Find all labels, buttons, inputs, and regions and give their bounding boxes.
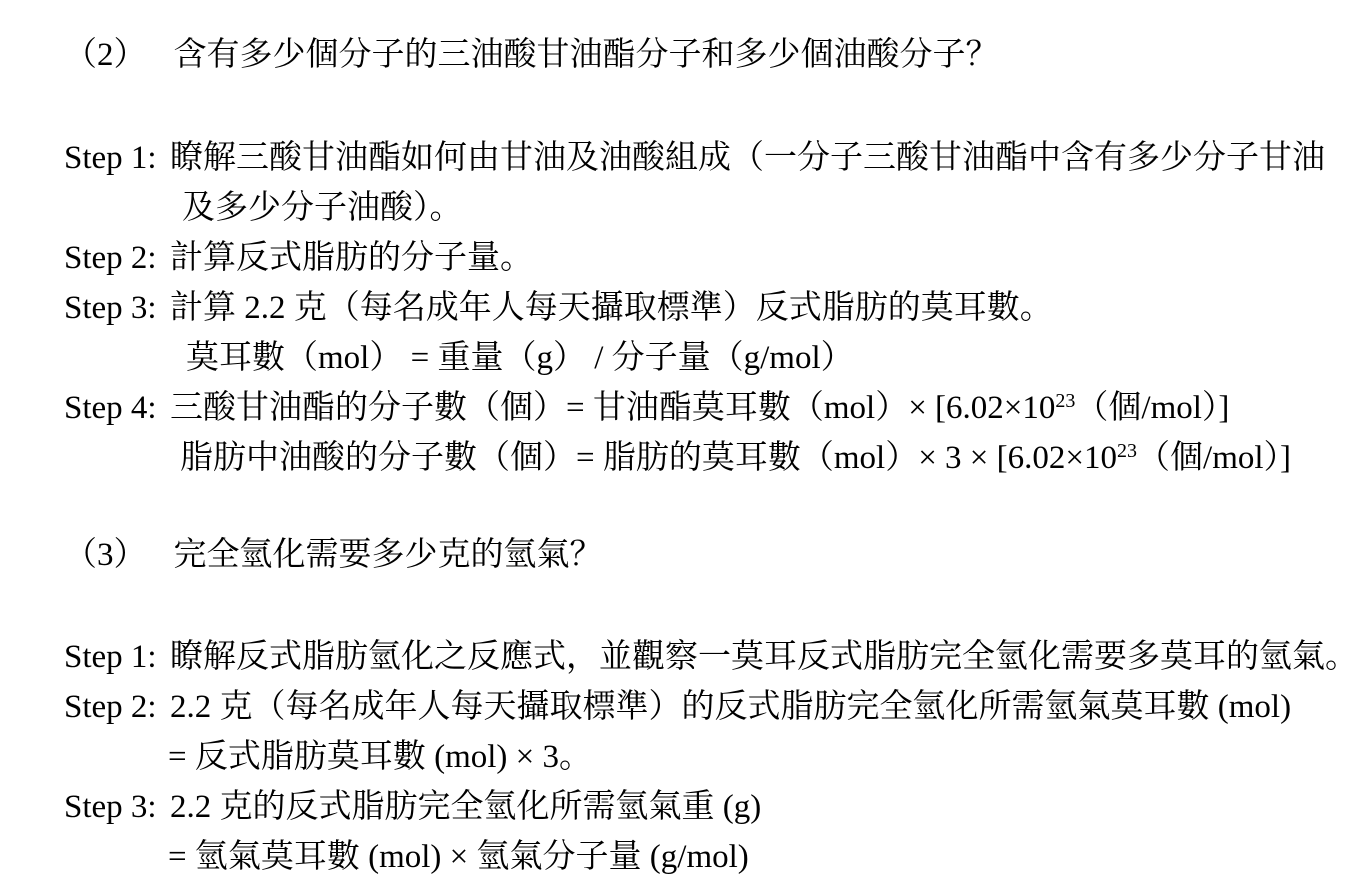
q2-step2-line: Step 2:計算反式脂肪的分子量。: [64, 233, 1365, 283]
q2-step1-continuation: 及多少分子油酸）。: [64, 183, 1365, 233]
q3-step1-text: 瞭解反式脂肪氫化之反應式，並觀察一莫耳反式脂肪完全氫化需要多莫耳的氫氣。: [170, 639, 1358, 675]
q2-step4-label: Step 4:: [64, 383, 170, 433]
question-2-number: （2）: [64, 37, 147, 73]
q3-step1-label: Step 1:: [64, 632, 170, 682]
q3-step3-cont-text: = 氫氣莫耳數 (mol) × 氫氣分子量 (g/mol): [168, 839, 749, 875]
q3-step3-continuation: = 氫氣莫耳數 (mol) × 氫氣分子量 (g/mol): [64, 832, 1365, 879]
q2-step4b-formula-pre: 脂肪中油酸的分子數（個）= 脂肪的莫耳數（mol）× 3 × [6.02×10: [180, 440, 1117, 476]
q2-step3-formula: 莫耳數（mol） = 重量（g） / 分子量（g/mol）: [186, 340, 854, 376]
q2-step1-label: Step 1:: [64, 133, 170, 183]
q2-step4-exponent: 23: [1055, 390, 1075, 412]
q2-step3-formula-line: 莫耳數（mol） = 重量（g） / 分子量（g/mol）: [64, 333, 1365, 383]
q3-step2-continuation: = 反式脂肪莫耳數 (mol) × 3。: [64, 732, 1365, 782]
q2-step1-cont-text: 及多少分子油酸）。: [182, 190, 463, 226]
q2-step2-text: 計算反式脂肪的分子量。: [170, 240, 533, 276]
q2-step4b-formula-post: （個/mol）]: [1137, 440, 1291, 476]
question-2-title: 含有多少個分子的三油酸甘油酯分子和多少個油酸分子？: [174, 37, 999, 73]
q2-step4-line: Step 4:三酸甘油酯的分子數（個）= 甘油酯莫耳數（mol）× [6.02×…: [64, 383, 1365, 433]
question-3-title: 完全氫化需要多少克的氫氣？: [174, 537, 603, 573]
q2-step4-continuation: 脂肪中油酸的分子數（個）= 脂肪的莫耳數（mol）× 3 × [6.02×102…: [64, 433, 1365, 483]
q3-step2-text: 2.2 克（每名成年人每天攝取標準）的反式脂肪完全氫化所需氫氣莫耳數 (mol): [170, 689, 1291, 725]
q3-step3-text: 2.2 克的反式脂肪完全氫化所需氫氣重 (g): [170, 789, 761, 825]
q3-step2-label: Step 2:: [64, 682, 170, 732]
q2-step3-text: 計算 2.2 克（每名成年人每天攝取標準）反式脂肪的莫耳數。: [170, 290, 1053, 326]
q2-step4-formula-pre: 三酸甘油酯的分子數（個）= 甘油酯莫耳數（mol）× [6.02×10: [170, 390, 1055, 426]
q2-step3-label: Step 3:: [64, 283, 170, 333]
q2-step4b-exponent: 23: [1117, 440, 1137, 462]
document-page: （2）含有多少個分子的三油酸甘油酯分子和多少個油酸分子？ Step 1:瞭解三酸…: [0, 0, 1371, 879]
q3-step2-line: Step 2:2.2 克（每名成年人每天攝取標準）的反式脂肪完全氫化所需氫氣莫耳…: [64, 682, 1365, 732]
question-3-heading: （3）完全氫化需要多少克的氫氣？: [64, 530, 1365, 580]
q2-step3-line: Step 3:計算 2.2 克（每名成年人每天攝取標準）反式脂肪的莫耳數。: [64, 283, 1365, 333]
question-2-heading: （2）含有多少個分子的三油酸甘油酯分子和多少個油酸分子？: [64, 30, 1365, 80]
q3-step2-cont-text: = 反式脂肪莫耳數 (mol) × 3。: [168, 739, 592, 775]
question-3-number: （3）: [64, 537, 147, 573]
q2-step4-formula-post: （個/mol）]: [1075, 390, 1229, 426]
q3-step1-line: Step 1:瞭解反式脂肪氫化之反應式，並觀察一莫耳反式脂肪完全氫化需要多莫耳的…: [64, 632, 1365, 682]
q2-step2-label: Step 2:: [64, 233, 170, 283]
q2-step1-line: Step 1:瞭解三酸甘油酯如何由甘油及油酸組成（一分子三酸甘油酯中含有多少分子…: [64, 133, 1365, 183]
q3-step3-label: Step 3:: [64, 782, 170, 832]
q2-step1-text: 瞭解三酸甘油酯如何由甘油及油酸組成（一分子三酸甘油酯中含有多少分子甘油: [170, 140, 1325, 176]
q3-step3-line: Step 3:2.2 克的反式脂肪完全氫化所需氫氣重 (g): [64, 782, 1365, 832]
